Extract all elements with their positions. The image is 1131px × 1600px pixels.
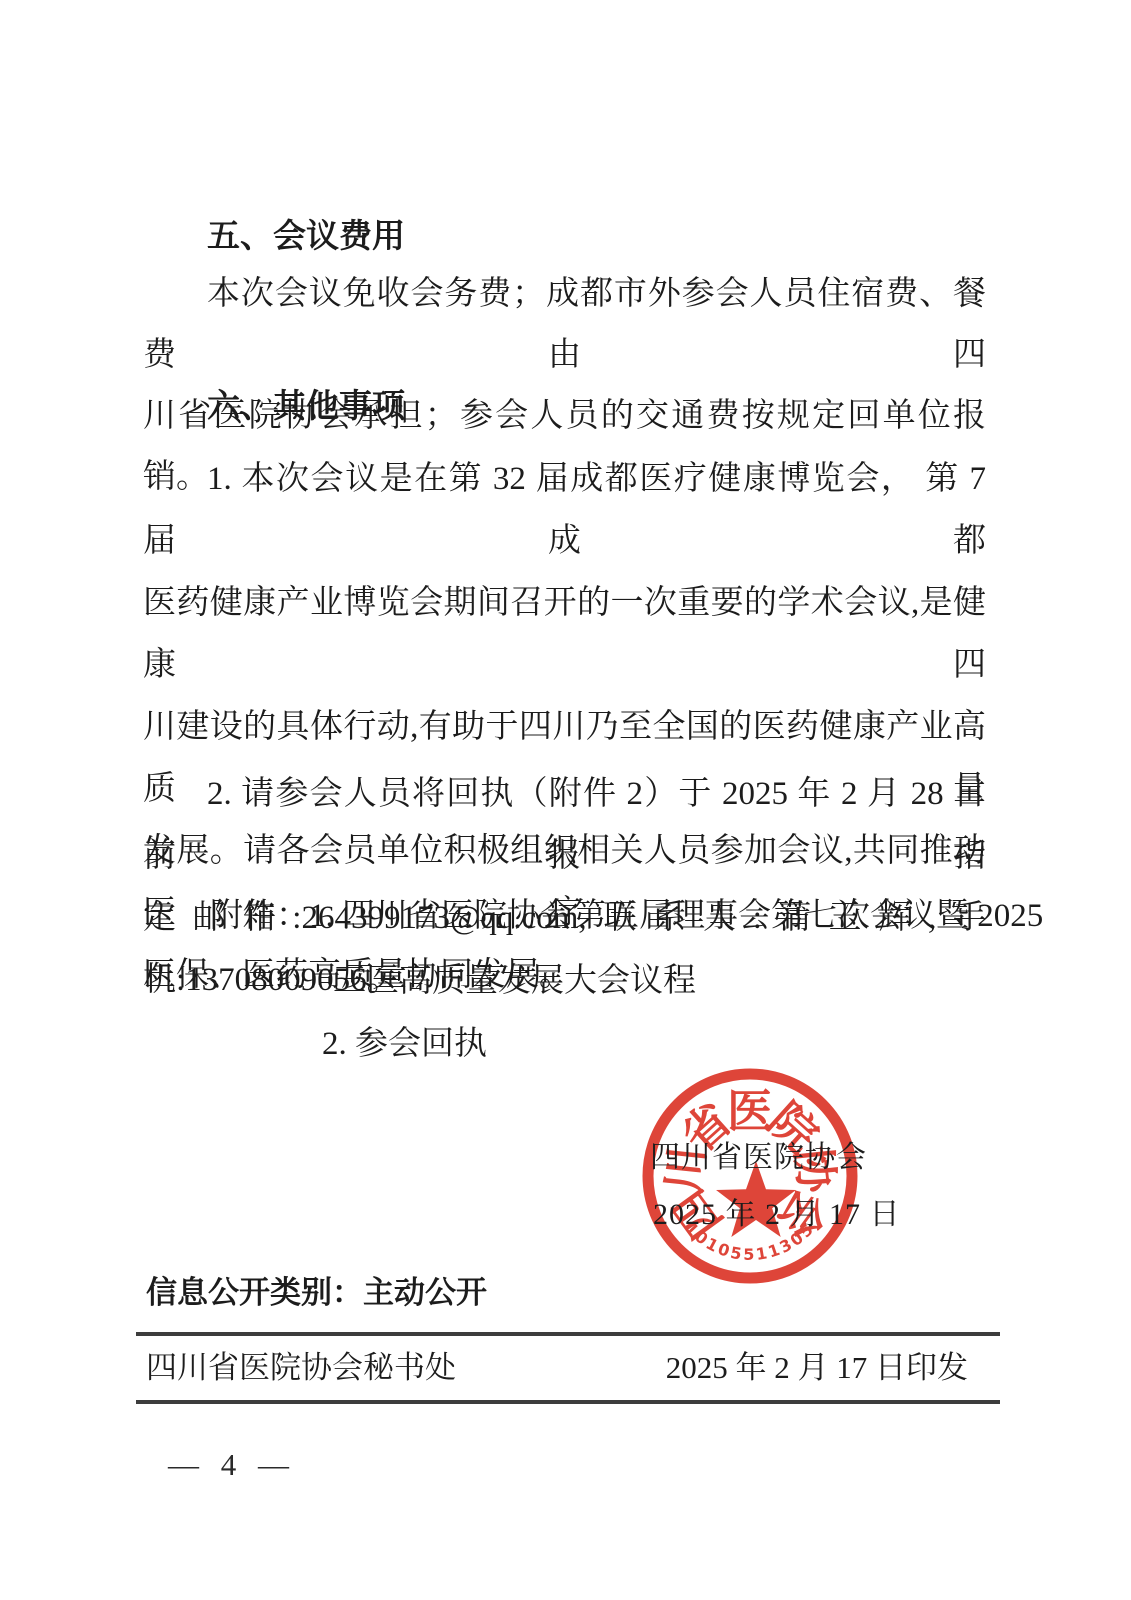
- footer-rule-top: [136, 1332, 1000, 1336]
- official-seal: 四 川 省 医 院 协 会 5101055113056: [620, 1046, 880, 1306]
- document-page: 五、会议费用 本次会议免收会务费；成都市外参会人员住宿费、餐费由四 川省医院协会…: [0, 0, 1131, 1600]
- footer-row: 四川省医院协会秘书处 2025 年 2 月 17 日印发: [146, 1350, 968, 1386]
- text-line: 医药健康产业博览会期间召开的一次重要的学术会议,是健康四: [143, 572, 986, 696]
- footer-print-date: 2025 年 2 月 17 日印发: [666, 1350, 968, 1386]
- attachment-line-2: 三医高质量发展大会议程: [333, 962, 696, 1000]
- disclosure-category: 信息公开类别：主动公开: [146, 1274, 487, 1312]
- footer-issuer: 四川省医院协会秘书处: [146, 1350, 456, 1386]
- footer-rule-bottom: [136, 1400, 1000, 1404]
- signature-date: 2025 年 2 月 17 日: [653, 1197, 901, 1233]
- attachment-line-3: 2. 参会回执: [322, 1025, 487, 1063]
- text-line: 1. 本次会议是在第 32 届成都医疗健康博览会， 第 7 届成都: [143, 448, 986, 572]
- page-number: — 4 —: [168, 1448, 296, 1482]
- section-heading-fees: 五、会议费用: [143, 215, 986, 257]
- text-line: 本次会议免收会务费；成都市外参会人员住宿费、餐费由四: [143, 264, 986, 386]
- signature-org: 四川省医院协会: [650, 1140, 867, 1176]
- section-heading-other-matters: 六、其他事项: [143, 385, 986, 427]
- attachment-line-1: 附件：1. 四川省医院协会第五届理事会第七次会议暨 2025: [210, 897, 1043, 935]
- text-line: 2. 请参会人员将回执（附件 2）于 2025 年 2 月 28 日前报指: [143, 763, 986, 887]
